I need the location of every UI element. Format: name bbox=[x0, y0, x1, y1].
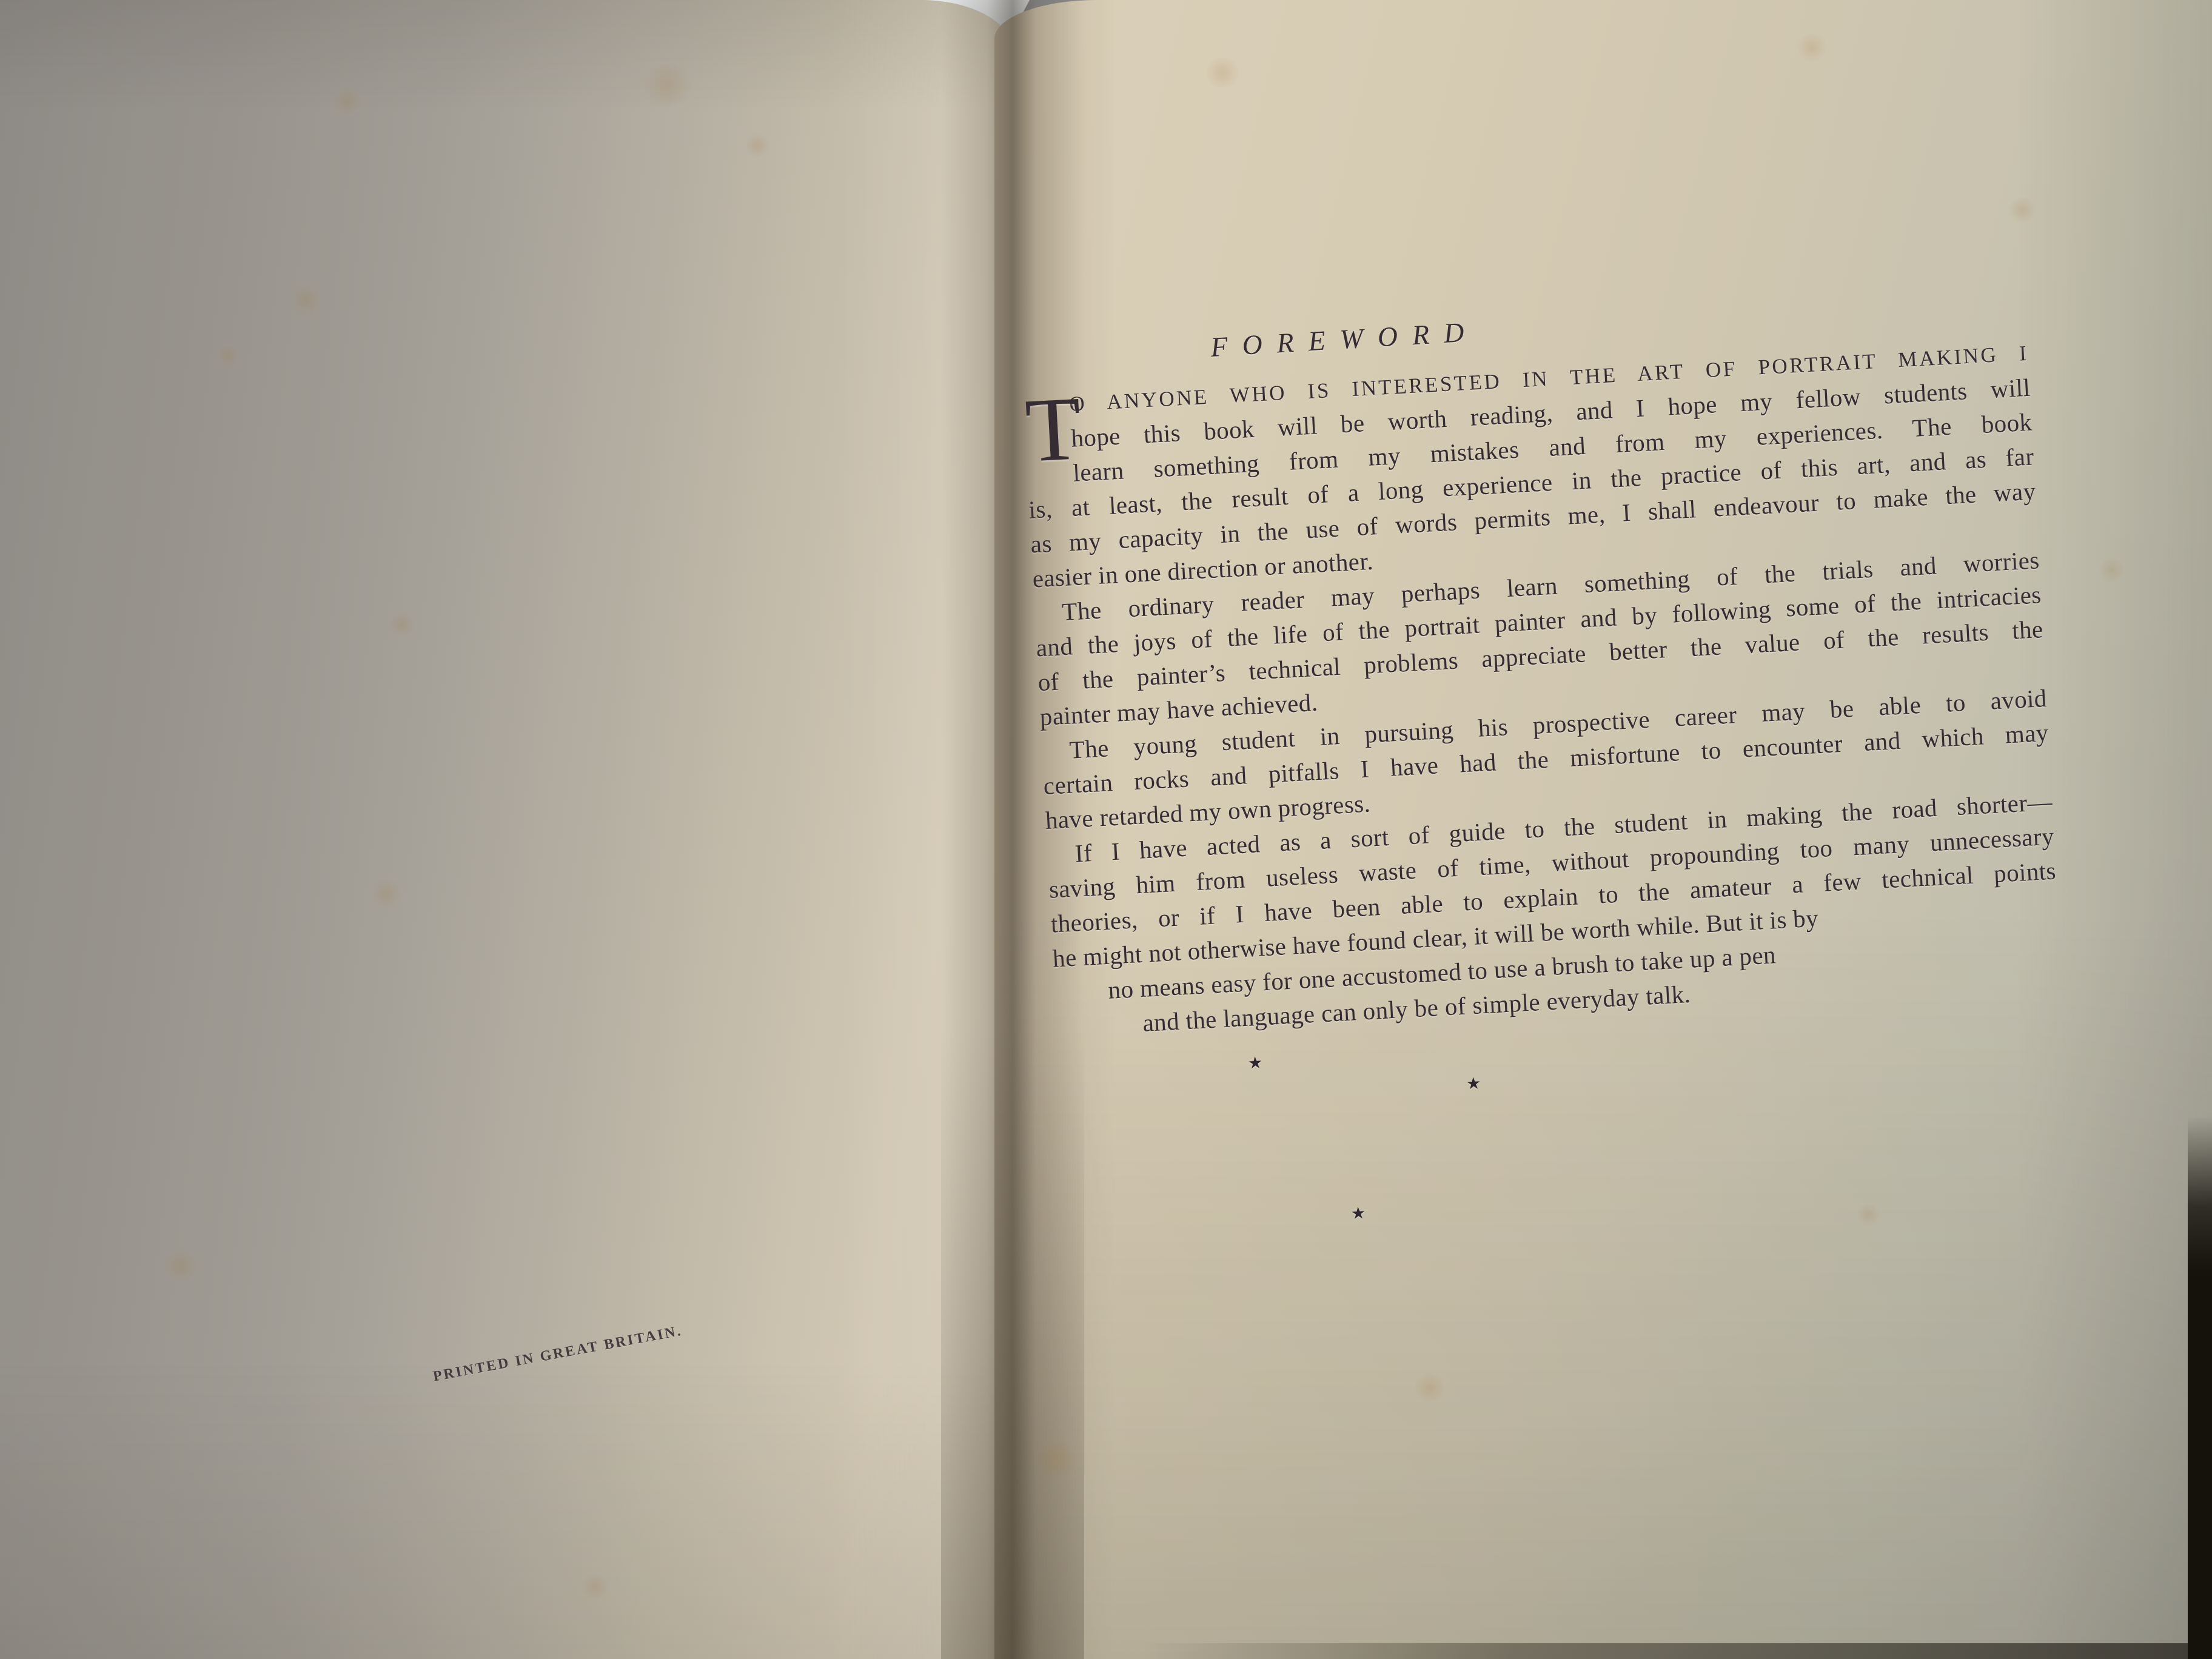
separator-star: ★ bbox=[1247, 1053, 1263, 1073]
page-edge-right bbox=[2188, 1116, 2212, 1659]
separator-star: ★ bbox=[1466, 1074, 1481, 1093]
separator-star: ★ bbox=[1350, 1204, 1366, 1223]
left-page-shading bbox=[0, 0, 1011, 1659]
book-photo: PRINTED IN GREAT BRITAIN. FOREWORD TO AN… bbox=[0, 0, 2212, 1659]
foreword-body: TO ANYONE WHO IS INTERESTED IN THE ART O… bbox=[1022, 336, 2062, 1045]
left-page bbox=[0, 0, 1011, 1659]
page-edge-bottom bbox=[1140, 1643, 2212, 1659]
